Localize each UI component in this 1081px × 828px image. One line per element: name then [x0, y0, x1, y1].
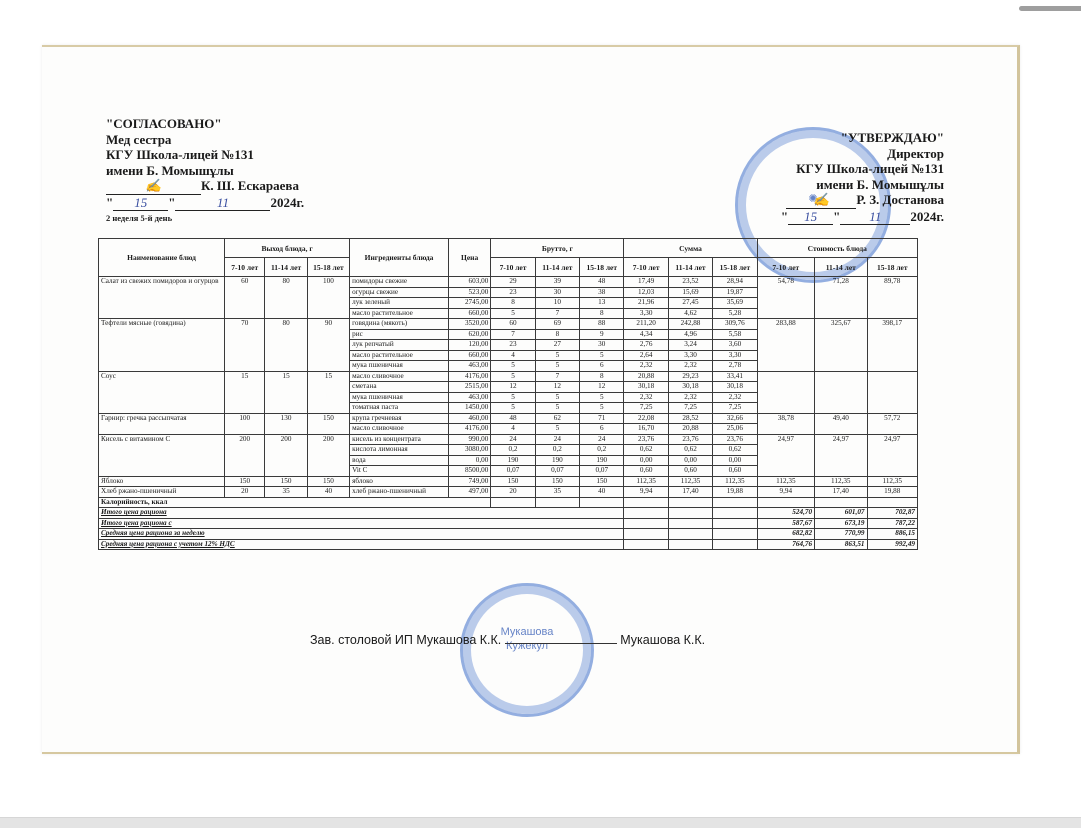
empty-cell: [624, 508, 668, 519]
dish-cost: 325,67: [815, 319, 867, 372]
signature-line: ✍: [786, 192, 856, 209]
ingredient-gross: 48: [491, 413, 535, 424]
approval-left-title: "СОГЛАСОВАНО": [106, 116, 304, 132]
calories-label: Калорийность, ккал: [99, 497, 491, 508]
ingredient-gross: 0,07: [491, 466, 535, 477]
dish-cost: 17,40: [815, 487, 867, 498]
canteen-stamp: Мукашова Кужекул: [460, 583, 594, 717]
dish-cost: 112,35: [757, 476, 814, 487]
summary-value: 682,82: [757, 529, 814, 540]
summary-label: Средняя цена рациона за неделю: [99, 529, 624, 540]
ingredient-price: 4176,00: [448, 371, 490, 382]
ingredient-sum: 2,32: [713, 392, 757, 403]
dish-portion: 15: [265, 371, 307, 413]
ingredient-sum: 0,62: [713, 445, 757, 456]
ingredient-sum: 30,18: [668, 382, 712, 393]
empty-cell: [668, 539, 712, 550]
table-row: Кисель с витамином С200200200кисель из к…: [99, 434, 918, 445]
dish-cost: 283,88: [757, 319, 814, 372]
footer-right: Мукашова К.К.: [620, 633, 705, 647]
ingredient-gross: 40: [580, 487, 624, 498]
dish-portion: 200: [265, 434, 307, 476]
ingredient-name: огурцы свежие: [350, 287, 449, 298]
ingredient-gross: 5: [580, 403, 624, 414]
ingredient-sum: 28,94: [713, 277, 757, 288]
empty-cell: [713, 508, 757, 519]
ingredient-sum: 0,00: [713, 455, 757, 466]
ingredient-gross: 0,07: [580, 466, 624, 477]
dish-name: Салат из свежих помидоров и огурцов: [99, 277, 225, 319]
ingredient-sum: 25,06: [713, 424, 757, 435]
dish-portion: 80: [265, 277, 307, 319]
ingredient-sum: 3,24: [668, 340, 712, 351]
summary-row: Итого цена рациона с587,67673,19787,22: [99, 518, 918, 529]
ingredient-gross: 6: [580, 361, 624, 372]
summary-row: Средняя цена рациона с учетом 12% НДС764…: [99, 539, 918, 550]
approval-left-org-name: имени Б. Момышұлы: [106, 163, 304, 179]
ingredient-gross: 12: [491, 382, 535, 393]
dish-cost: 398,17: [867, 319, 918, 372]
dish-cost: 24,97: [867, 434, 918, 476]
dish-portion: 130: [265, 413, 307, 434]
dish-portion: 40: [307, 487, 349, 498]
age-header: 11-14 лет: [668, 258, 712, 277]
ingredient-name: говядина (мякоть): [350, 319, 449, 330]
ingredient-sum: 3,30: [624, 308, 668, 319]
ingredient-gross: 5: [491, 392, 535, 403]
summary-label: Средняя цена рациона с учетом 12% НДС: [99, 539, 624, 550]
ingredient-sum: 3,30: [668, 350, 712, 361]
ingredient-sum: 2,32: [668, 392, 712, 403]
ingredient-gross: 30: [535, 287, 579, 298]
ingredient-price: 463,00: [448, 361, 490, 372]
dish-cost: 19,88: [867, 487, 918, 498]
ingredient-sum: 20,88: [624, 371, 668, 382]
dish-cost: [867, 371, 918, 413]
ingredient-sum: 2,76: [624, 340, 668, 351]
empty-cell: [580, 497, 624, 508]
dish-cost: 89,78: [867, 277, 918, 319]
empty-cell: [624, 497, 668, 508]
dish-cost: [757, 371, 814, 413]
ingredient-gross: 30: [580, 340, 624, 351]
summary-value: 524,70: [757, 508, 814, 519]
table-row: Тефтели мясные (говядина)708090говядина …: [99, 319, 918, 330]
ingredient-sum: 211,20: [624, 319, 668, 330]
ingredient-gross: 39: [535, 277, 579, 288]
ingredient-name: масло растительное: [350, 350, 449, 361]
ingredient-sum: 5,58: [713, 329, 757, 340]
ingredient-name: помидоры свежие: [350, 277, 449, 288]
ingredient-sum: 4,34: [624, 329, 668, 340]
dish-portion: 15: [307, 371, 349, 413]
dish-portion: 90: [307, 319, 349, 372]
empty-cell: [624, 529, 668, 540]
ingredient-gross: 6: [580, 424, 624, 435]
ingredient-gross: 71: [580, 413, 624, 424]
ingredient-name: мука пшеничная: [350, 392, 449, 403]
ingredient-price: 990,00: [448, 434, 490, 445]
ingredient-sum: 2,78: [713, 361, 757, 372]
ingredient-gross: 0,2: [580, 445, 624, 456]
dish-portion: 80: [265, 319, 307, 372]
table-row: Гарнир: гречка рассыпчатая100130150крупа…: [99, 413, 918, 424]
ingredient-name: мука пшеничная: [350, 361, 449, 372]
ingredient-gross: 8: [535, 329, 579, 340]
empty-cell: [624, 518, 668, 529]
ingredient-sum: 17,49: [624, 277, 668, 288]
ingredient-sum: 7,25: [713, 403, 757, 414]
ingredient-gross: 0,07: [535, 466, 579, 477]
ingredient-gross: 12: [535, 382, 579, 393]
scroll-indicator[interactable]: [1019, 6, 1081, 11]
ingredient-gross: 62: [535, 413, 579, 424]
week-label: 2 неделя 5-й день: [106, 213, 172, 223]
ingredient-gross: 5: [491, 371, 535, 382]
ingredient-sum: 112,35: [713, 476, 757, 487]
ingredient-gross: 8: [580, 308, 624, 319]
ingredient-sum: 32,66: [713, 413, 757, 424]
ingredient-gross: 5: [580, 350, 624, 361]
dish-name: Тефтели мясные (говядина): [99, 319, 225, 372]
summary-value: 764,76: [757, 539, 814, 550]
dish-name: Хлеб ржано-пшеничный: [99, 487, 225, 498]
summary-value: 601,07: [815, 508, 867, 519]
menu-table: Наименование блюд Выход блюда, г Ингреди…: [98, 238, 918, 550]
date-year: 2024г.: [270, 195, 304, 210]
dish-name: Кисель с витамином С: [99, 434, 225, 476]
ingredient-gross: 29: [491, 277, 535, 288]
dish-portion: 150: [307, 413, 349, 434]
ingredient-name: яблоко: [350, 476, 449, 487]
header-gross: Брутто, г: [491, 239, 624, 258]
ingredient-name: кислота лимонная: [350, 445, 449, 456]
empty-cell: [815, 497, 867, 508]
age-header: 11-14 лет: [265, 258, 307, 277]
ingredient-gross: 27: [535, 340, 579, 351]
ingredient-sum: 0,60: [624, 466, 668, 477]
dish-cost: 57,72: [867, 413, 918, 434]
ingredient-gross: 12: [580, 382, 624, 393]
header-price: Цена: [448, 239, 490, 277]
date-month: 11: [175, 195, 270, 212]
ingredient-gross: 10: [535, 298, 579, 309]
dish-cost: 112,35: [815, 476, 867, 487]
dish-name: Яблоко: [99, 476, 225, 487]
ingredient-price: 660,00: [448, 308, 490, 319]
empty-cell: [713, 539, 757, 550]
dish-cost: [815, 371, 867, 413]
ingredient-gross: 5: [491, 403, 535, 414]
ingredient-gross: 5: [580, 392, 624, 403]
dish-portion: 150: [225, 476, 265, 487]
table-row: Соус151515масло сливочное4176,0057820,88…: [99, 371, 918, 382]
ingredient-name: крупа гречневая: [350, 413, 449, 424]
footer-signature: Зав. столовой ИП Мукашова К.К. Мукашова …: [310, 633, 705, 647]
ingredient-gross: 35: [535, 487, 579, 498]
dish-portion: 15: [225, 371, 265, 413]
dish-portion: 20: [225, 487, 265, 498]
empty-cell: [668, 508, 712, 519]
ingredient-sum: 20,88: [668, 424, 712, 435]
ingredient-sum: 19,87: [713, 287, 757, 298]
ingredient-price: 8500,00: [448, 466, 490, 477]
ingredient-gross: 88: [580, 319, 624, 330]
empty-cell: [867, 497, 918, 508]
ingredient-gross: 0,2: [491, 445, 535, 456]
table-row: Хлеб ржано-пшеничный203540хлеб ржано-пше…: [99, 487, 918, 498]
ingredient-sum: 21,96: [624, 298, 668, 309]
age-header: 7-10 лет: [757, 258, 814, 277]
dish-name: Гарнир: гречка рассыпчатая: [99, 413, 225, 434]
ingredient-name: лук репчатый: [350, 340, 449, 351]
approval-right-title: "УТВЕРЖДАЮ": [781, 130, 944, 146]
ingredient-price: 2745,00: [448, 298, 490, 309]
ingredient-gross: 5: [535, 403, 579, 414]
header-sum: Сумма: [624, 239, 757, 258]
ingredient-sum: 28,52: [668, 413, 712, 424]
ingredient-price: 620,00: [448, 329, 490, 340]
ingredient-sum: 2,32: [624, 392, 668, 403]
ingredient-sum: 7,25: [624, 403, 668, 414]
ingredient-sum: 30,18: [624, 382, 668, 393]
ingredient-sum: 19,88: [713, 487, 757, 498]
summary-value: 770,99: [815, 529, 867, 540]
approval-left-person: К. Ш. Ескараева: [201, 178, 299, 193]
ingredient-price: 497,00: [448, 487, 490, 498]
header-dish: Наименование блюд: [99, 239, 225, 277]
ingredient-gross: 38: [580, 287, 624, 298]
ingredient-sum: 2,64: [624, 350, 668, 361]
approval-left-org: КГУ Школа-лицей №131: [106, 147, 304, 163]
age-header: 11-14 лет: [535, 258, 579, 277]
ingredient-price: 3080,00: [448, 445, 490, 456]
summary-value: 992,49: [867, 539, 918, 550]
ingredient-sum: 23,76: [624, 434, 668, 445]
dish-portion: 35: [265, 487, 307, 498]
dish-cost: 24,97: [757, 434, 814, 476]
approval-right: "УТВЕРЖДАЮ" Директор КГУ Школа-лицей №13…: [781, 130, 944, 225]
ingredient-price: 523,00: [448, 287, 490, 298]
dish-portion: 100: [225, 413, 265, 434]
dish-portion: 70: [225, 319, 265, 372]
ingredient-gross: 8: [491, 298, 535, 309]
ingredient-gross: 4: [491, 350, 535, 361]
dish-cost: 49,40: [815, 413, 867, 434]
approval-right-role: Директор: [781, 146, 944, 162]
ingredient-gross: 20: [491, 487, 535, 498]
ingredient-price: 749,00: [448, 476, 490, 487]
signature-line: [505, 643, 617, 644]
ingredient-sum: 16,70: [624, 424, 668, 435]
ingredient-sum: 30,18: [713, 382, 757, 393]
age-header: 7-10 лет: [225, 258, 265, 277]
table-row: Салат из свежих помидоров и огурцов60801…: [99, 277, 918, 288]
empty-cell: [535, 497, 579, 508]
ingredient-sum: 9,94: [624, 487, 668, 498]
ingredient-name: рис: [350, 329, 449, 340]
ingredient-sum: 17,40: [668, 487, 712, 498]
summary-value: 587,67: [757, 518, 814, 529]
ingredient-gross: 48: [580, 277, 624, 288]
ingredient-sum: 22,08: [624, 413, 668, 424]
summary-label: Итого цена рациона: [99, 508, 624, 519]
dish-cost: 71,28: [815, 277, 867, 319]
approval-right-org: КГУ Школа-лицей №131: [781, 161, 944, 177]
ingredient-gross: 5: [535, 350, 579, 361]
empty-cell: [713, 518, 757, 529]
menu-body: Салат из свежих помидоров и огурцов60801…: [99, 277, 918, 550]
ingredient-sum: 33,41: [713, 371, 757, 382]
ingredient-sum: 27,45: [668, 298, 712, 309]
ingredient-gross: 0,2: [535, 445, 579, 456]
age-header: 15-18 лет: [867, 258, 918, 277]
dish-cost: 54,78: [757, 277, 814, 319]
ingredient-gross: 5: [491, 308, 535, 319]
ingredient-price: 0,00: [448, 455, 490, 466]
ingredient-sum: 15,69: [668, 287, 712, 298]
ingredient-gross: 5: [535, 361, 579, 372]
ingredient-name: вода: [350, 455, 449, 466]
ingredient-sum: 2,32: [668, 361, 712, 372]
ingredient-price: 2515,00: [448, 382, 490, 393]
ingredient-price: 4176,00: [448, 424, 490, 435]
approval-left-role: Мед сестра: [106, 132, 304, 148]
ingredient-name: сметана: [350, 382, 449, 393]
empty-cell: [624, 539, 668, 550]
bottom-toolbar: [0, 817, 1081, 828]
ingredient-sum: 29,23: [668, 371, 712, 382]
ingredient-gross: 150: [580, 476, 624, 487]
empty-cell: [713, 529, 757, 540]
ingredient-gross: 24: [491, 434, 535, 445]
ingredient-name: кисель из концентрата: [350, 434, 449, 445]
ingredient-gross: 13: [580, 298, 624, 309]
ingredient-gross: 9: [580, 329, 624, 340]
empty-cell: [491, 497, 535, 508]
ingredient-sum: 112,35: [624, 476, 668, 487]
dish-portion: 60: [225, 277, 265, 319]
empty-cell: [668, 497, 712, 508]
ingredient-sum: 0,00: [624, 455, 668, 466]
age-header: 7-10 лет: [624, 258, 668, 277]
ingredient-name: томатная паста: [350, 403, 449, 414]
ingredient-price: 460,00: [448, 413, 490, 424]
ingredient-sum: 23,52: [668, 277, 712, 288]
ingredient-gross: 8: [580, 371, 624, 382]
ingredient-gross: 190: [491, 455, 535, 466]
ingredient-name: масло сливочное: [350, 371, 449, 382]
approval-right-person: Р. З. Достанова: [856, 192, 944, 207]
ingredient-sum: 3,30: [713, 350, 757, 361]
date-day: 15: [788, 209, 833, 226]
ingredient-gross: 24: [535, 434, 579, 445]
ingredient-sum: 0,62: [624, 445, 668, 456]
dish-portion: 200: [307, 434, 349, 476]
date-month: 11: [840, 209, 910, 226]
age-header: 7-10 лет: [491, 258, 535, 277]
ingredient-price: 660,00: [448, 350, 490, 361]
dish-portion: 200: [225, 434, 265, 476]
dish-cost: 9,94: [757, 487, 814, 498]
summary-value: 886,15: [867, 529, 918, 540]
ingredient-gross: 5: [535, 392, 579, 403]
age-header: 15-18 лет: [713, 258, 757, 277]
age-header: 11-14 лет: [815, 258, 867, 277]
ingredient-sum: 12,03: [624, 287, 668, 298]
ingredient-price: 463,00: [448, 392, 490, 403]
summary-row: Итого цена рациона524,70601,07702,87: [99, 508, 918, 519]
ingredient-sum: 4,62: [668, 308, 712, 319]
ingredient-price: 1450,00: [448, 403, 490, 414]
ingredient-gross: 190: [580, 455, 624, 466]
summary-row: Средняя цена рациона за неделю682,82770,…: [99, 529, 918, 540]
ingredient-sum: 35,69: [713, 298, 757, 309]
date-year: 2024г.: [910, 209, 944, 224]
ingredient-gross: 5: [535, 424, 579, 435]
empty-cell: [668, 529, 712, 540]
header-yield: Выход блюда, г: [225, 239, 350, 258]
dish-cost: 112,35: [867, 476, 918, 487]
ingredient-sum: 3,60: [713, 340, 757, 351]
ingredient-gross: 4: [491, 424, 535, 435]
summary-label: Итого цена рациона с: [99, 518, 624, 529]
dish-cost: 38,78: [757, 413, 814, 434]
ingredient-sum: 23,76: [668, 434, 712, 445]
table-row: Яблоко150150150яблоко749,00150150150112,…: [99, 476, 918, 487]
ingredient-gross: 60: [491, 319, 535, 330]
summary-value: 702,87: [867, 508, 918, 519]
ingredient-sum: 7,25: [668, 403, 712, 414]
age-header: 15-18 лет: [307, 258, 349, 277]
ingredient-name: масло сливочное: [350, 424, 449, 435]
ingredient-gross: 23: [491, 340, 535, 351]
summary-value: 673,19: [815, 518, 867, 529]
ingredient-sum: 0,60: [668, 466, 712, 477]
ingredient-gross: 190: [535, 455, 579, 466]
date-day: 15: [113, 195, 168, 212]
empty-cell: [668, 518, 712, 529]
signature-line: ✍: [106, 178, 201, 195]
ingredient-gross: 150: [491, 476, 535, 487]
ingredient-name: хлеб ржано-пшеничный: [350, 487, 449, 498]
ingredient-sum: 242,88: [668, 319, 712, 330]
dish-portion: 150: [307, 476, 349, 487]
ingredient-sum: 0,00: [668, 455, 712, 466]
ingredient-sum: 0,62: [668, 445, 712, 456]
ingredient-gross: 24: [580, 434, 624, 445]
approval-right-org-name: имени Б. Момышұлы: [781, 177, 944, 193]
ingredient-name: Vit C: [350, 466, 449, 477]
ingredient-sum: 4,96: [668, 329, 712, 340]
ingredient-sum: 2,32: [624, 361, 668, 372]
ingredient-gross: 69: [535, 319, 579, 330]
ingredient-name: масло растительное: [350, 308, 449, 319]
ingredient-gross: 23: [491, 287, 535, 298]
ingredient-gross: 5: [491, 361, 535, 372]
ingredient-name: лук зеленый: [350, 298, 449, 309]
ingredient-gross: 7: [535, 308, 579, 319]
ingredient-price: 603,00: [448, 277, 490, 288]
approval-left: "СОГЛАСОВАНО" Мед сестра КГУ Школа-лицей…: [106, 116, 304, 211]
empty-cell: [757, 497, 814, 508]
ingredient-sum: 112,35: [668, 476, 712, 487]
ingredient-gross: 7: [491, 329, 535, 340]
dish-portion: 100: [307, 277, 349, 319]
ingredient-price: 3520,00: [448, 319, 490, 330]
ingredient-price: 120,00: [448, 340, 490, 351]
calories-row: Калорийность, ккал: [99, 497, 918, 508]
